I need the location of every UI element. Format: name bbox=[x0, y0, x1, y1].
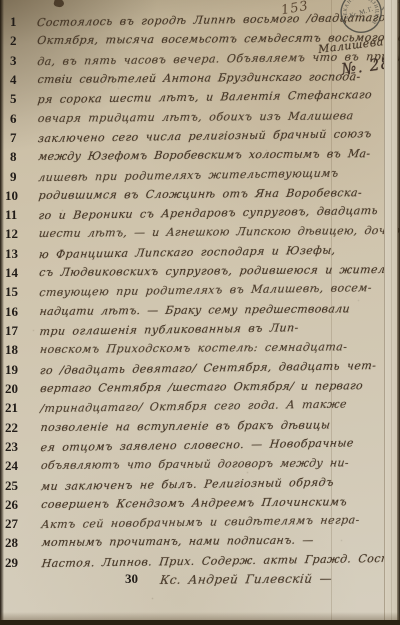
line-number: 2 bbox=[3, 31, 33, 50]
line-number: 18 bbox=[3, 340, 33, 359]
line-number: 7 bbox=[3, 128, 33, 147]
line-number: 20 bbox=[3, 379, 33, 398]
line-number: 1 bbox=[3, 12, 33, 31]
svg-text:ДЕКАНЪ СЕНДЗИЦКІЙ: ДЕКАНЪ СЕНДЗИЦКІЙ bbox=[339, 0, 383, 33]
line-number: 4 bbox=[3, 70, 33, 89]
manuscript-page: 1234567891011121314151617181920212223242… bbox=[0, 0, 400, 625]
line-number: 13 bbox=[3, 244, 33, 263]
line-number: 24 bbox=[3, 456, 33, 475]
line-number: 5 bbox=[3, 89, 33, 108]
line-number: 19 bbox=[3, 360, 33, 379]
line-number: 9 bbox=[3, 167, 33, 186]
stamp-ring-text: ДЕКАНЪ СЕНДЗИЦКІЙ bbox=[339, 0, 383, 33]
line-number: 26 bbox=[3, 495, 33, 514]
line-number-column: 1234567891011121314151617181920212223242… bbox=[3, 12, 33, 572]
line-number: 25 bbox=[3, 476, 33, 495]
manuscript-text-block: Состоялось въ городѣ Липнѣ восьмого /два… bbox=[37, 9, 398, 591]
line-number: 10 bbox=[3, 186, 33, 205]
stamp-star-mark: ✳ bbox=[361, 17, 367, 24]
line-number: 14 bbox=[3, 263, 33, 282]
line-number: 8 bbox=[3, 147, 33, 166]
line-number: 22 bbox=[3, 418, 33, 437]
line-number: 12 bbox=[3, 224, 33, 243]
left-binding-edge bbox=[0, 0, 4, 625]
ink-blot bbox=[53, 0, 65, 8]
signature-line: Кс. Андрей Гилевскій — bbox=[41, 569, 399, 591]
line-number: 27 bbox=[3, 514, 33, 533]
line-number: 23 bbox=[3, 437, 33, 456]
line-number: 21 bbox=[3, 398, 33, 417]
line-number: 28 bbox=[3, 533, 33, 552]
line-number: 17 bbox=[3, 321, 33, 340]
line-number: 15 bbox=[3, 282, 33, 301]
line-number: 3 bbox=[3, 51, 33, 70]
line-number: 6 bbox=[3, 109, 33, 128]
page-edge-hairline bbox=[391, 0, 392, 625]
line-number: 11 bbox=[3, 205, 33, 224]
bottom-binding-edge bbox=[0, 620, 400, 625]
line-number: 29 bbox=[3, 553, 33, 572]
line-number: 16 bbox=[3, 302, 33, 321]
